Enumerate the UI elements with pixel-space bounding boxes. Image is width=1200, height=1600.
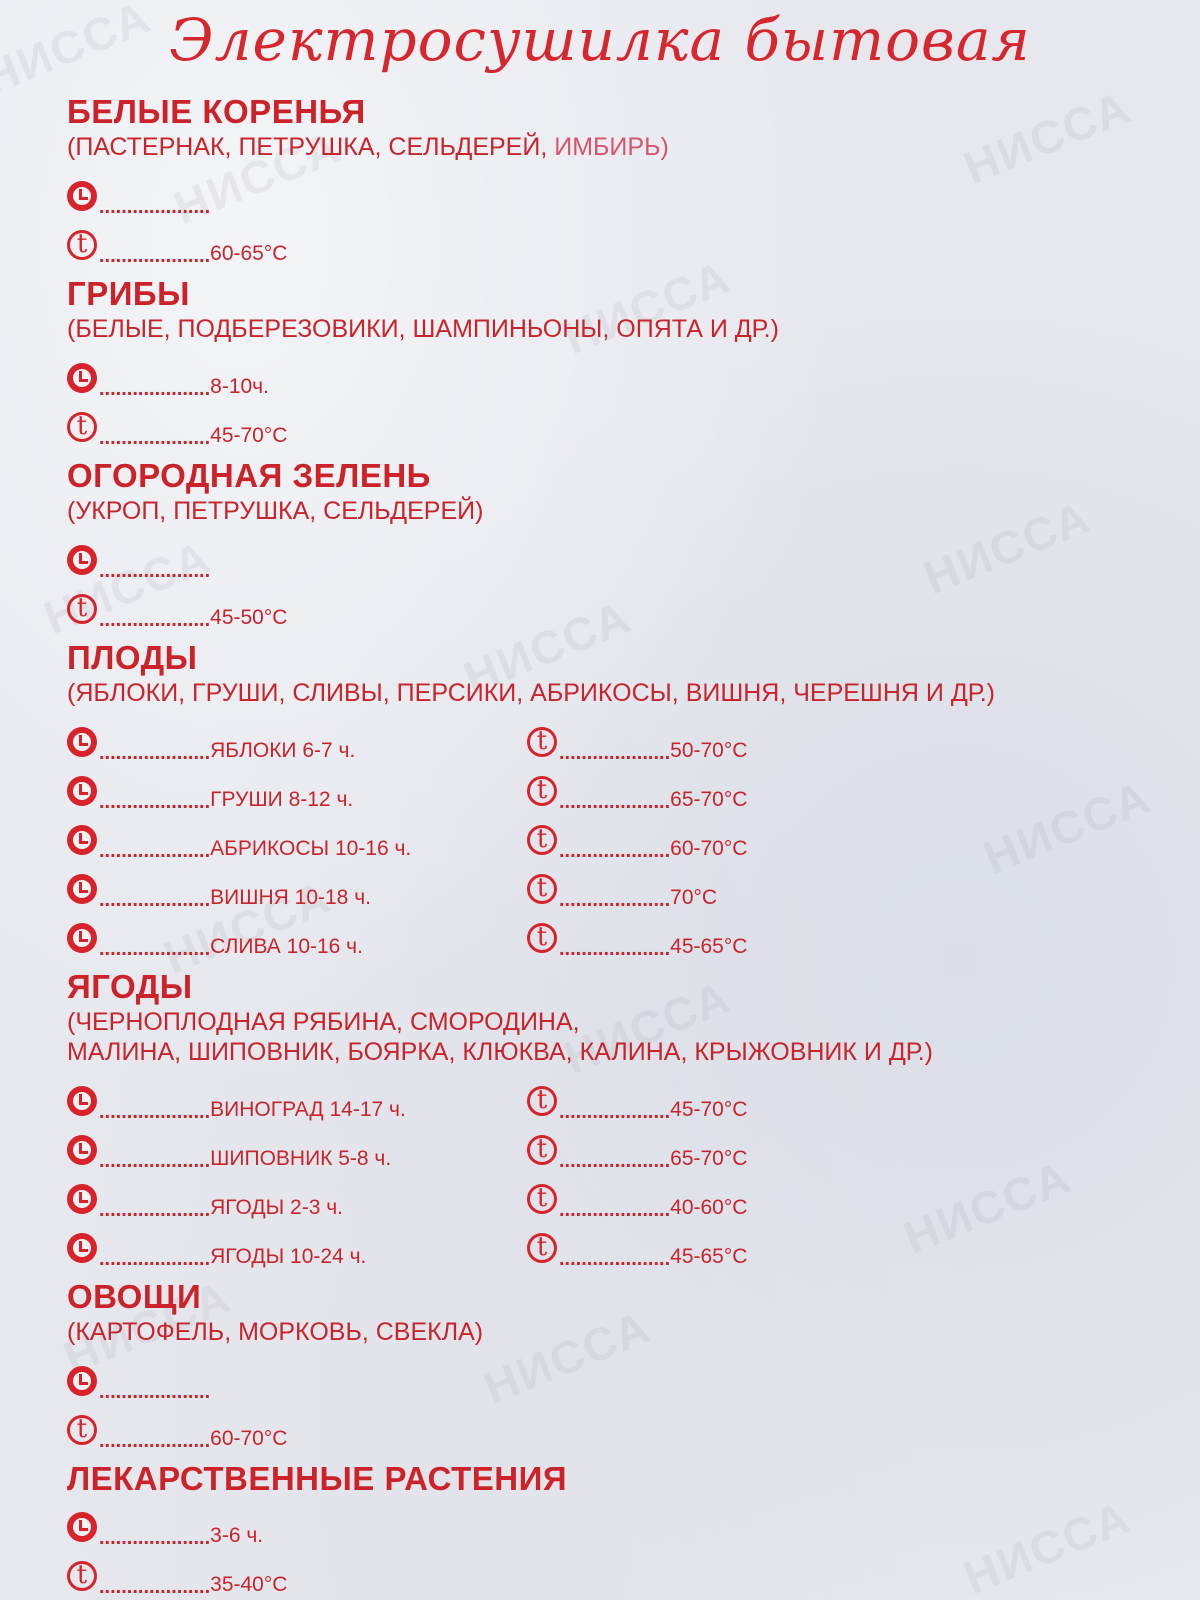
- leader-dots: ....................: [99, 1151, 210, 1171]
- time-entry: ....................: [67, 1366, 210, 1402]
- temperature-entry: t....................40-60°C: [527, 1184, 747, 1220]
- clock-icon: [67, 923, 97, 953]
- thermometer-letter: t: [530, 1183, 554, 1213]
- time-entry: ....................ВИШНЯ 10-18 ч.: [67, 874, 527, 910]
- temperature-entry: t....................65-70°C: [527, 776, 747, 812]
- section-2: ОГОРОДНАЯ ЗЕЛЕНЬ(УКРОП, ПЕТРУШКА, СЕЛЬДЕ…: [67, 456, 1187, 630]
- section-subtitle: (ЯБЛОКИ, ГРУШИ, СЛИВЫ, ПЕРСИКИ, АБРИКОСЫ…: [67, 678, 1187, 708]
- temperature-value: 45-65°C: [670, 1245, 747, 1269]
- thermometer-t-icon: t: [67, 1561, 97, 1591]
- leader-dots: ....................: [99, 939, 210, 959]
- leader-dots: ....................: [99, 428, 210, 448]
- time-entry: ....................8-10ч.: [67, 363, 269, 399]
- temperature-entry: t....................50-70°C: [527, 727, 747, 763]
- subtitle-accent-text: ИМБИРЬ): [554, 133, 669, 161]
- thermometer-t-icon: t: [67, 230, 97, 260]
- leader-dots: ....................: [99, 561, 210, 581]
- leader-dots: ....................: [559, 1249, 670, 1269]
- temperature-value: 60-70°C: [670, 837, 747, 861]
- thermometer-letter: t: [70, 1560, 94, 1590]
- leader-dots: ....................: [559, 1200, 670, 1220]
- section-1: ГРИБЫ(БЕЛЫЕ, ПОДБЕРЕЗОВИКИ, ШАМПИНЬОНЫ, …: [67, 274, 1187, 448]
- time-value: ЯБЛОКИ 6-7 ч.: [210, 739, 355, 763]
- temperature-value: 40-60°C: [670, 1196, 747, 1220]
- leader-dots: ....................: [99, 1102, 210, 1122]
- thermometer-letter: t: [530, 824, 554, 854]
- leader-dots: ....................: [99, 1200, 210, 1220]
- time-entry: ....................ЯГОДЫ 10-24 ч.: [67, 1233, 527, 1269]
- temperature-entry: t....................45-70°C: [67, 412, 287, 448]
- time-value: СЛИВА 10-16 ч.: [210, 935, 363, 959]
- clock-icon: [67, 1184, 97, 1214]
- temperature-entry: t....................45-50°C: [67, 594, 287, 630]
- leader-dots: ....................: [99, 743, 210, 763]
- temperature-value: 45-65°C: [670, 935, 747, 959]
- section-heading: ГРИБЫ: [67, 274, 1187, 314]
- leader-dots: ....................: [99, 890, 210, 910]
- thermometer-t-icon: t: [67, 412, 97, 442]
- leader-dots: ....................: [99, 841, 210, 861]
- leader-dots: ....................: [99, 610, 210, 630]
- leader-dots: ....................: [559, 1151, 670, 1171]
- temperature-value: 50-70°C: [670, 739, 747, 763]
- temperature-row: t....................45-50°C: [67, 581, 1187, 630]
- temperature-value: 60-70°C: [210, 1427, 287, 1451]
- thermometer-t-icon: t: [527, 923, 557, 953]
- time-value: АБРИКОСЫ 10-16 ч.: [210, 837, 411, 861]
- time-row: ....................: [67, 532, 1187, 581]
- thermometer-letter: t: [70, 229, 94, 259]
- time-value: ВИШНЯ 10-18 ч.: [210, 886, 371, 910]
- time-entry: ....................ЯБЛОКИ 6-7 ч.: [67, 727, 527, 763]
- temperature-value: 60-65°C: [210, 242, 287, 266]
- leader-dots: ....................: [99, 197, 210, 217]
- temperature-row: t....................60-65°C: [67, 217, 1187, 266]
- time-entry: ....................ЯГОДЫ 2-3 ч.: [67, 1184, 527, 1220]
- thermometer-letter: t: [70, 1414, 94, 1444]
- thermometer-t-icon: t: [527, 727, 557, 757]
- temperature-entry: t....................60-65°C: [67, 230, 287, 266]
- table-row: ....................СЛИВА 10-16 ч.t.....…: [67, 910, 1187, 959]
- leader-dots: ....................: [99, 1431, 210, 1451]
- time-value: ШИПОВНИК 5-8 ч.: [210, 1147, 391, 1171]
- thermometer-t-icon: t: [527, 1135, 557, 1165]
- time-row: ....................: [67, 1353, 1187, 1402]
- clock-icon: [67, 1512, 97, 1542]
- temperature-row: t....................45-70°C: [67, 399, 1187, 448]
- thermometer-letter: t: [530, 775, 554, 805]
- section-subtitle-line2: МАЛИНА, ШИПОВНИК, БОЯРКА, КЛЮКВА, КАЛИНА…: [67, 1037, 1187, 1067]
- time-row: ....................: [67, 168, 1187, 217]
- leader-dots: ....................: [99, 1577, 210, 1597]
- thermometer-t-icon: t: [67, 1415, 97, 1445]
- leader-dots: ....................: [559, 1102, 670, 1122]
- time-entry: ....................: [67, 181, 210, 217]
- leader-dots: ....................: [559, 743, 670, 763]
- section-3: ПЛОДЫ(ЯБЛОКИ, ГРУШИ, СЛИВЫ, ПЕРСИКИ, АБР…: [67, 638, 1187, 959]
- temperature-entry: t....................35-40°C: [67, 1561, 287, 1597]
- section-6: ЛЕКАРСТВЕННЫЕ РАСТЕНИЯ..................…: [67, 1459, 1187, 1597]
- temperature-entry: t....................60-70°C: [67, 1415, 287, 1451]
- subtitle-text: (КАРТОФЕЛЬ, МОРКОВЬ, СВЕКЛА): [67, 1318, 483, 1346]
- temperature-value: 65-70°C: [670, 788, 747, 812]
- time-entry: ....................ГРУШИ 8-12 ч.: [67, 776, 527, 812]
- time-value: ГРУШИ 8-12 ч.: [210, 788, 353, 812]
- leader-dots: ....................: [559, 939, 670, 959]
- temperature-entry: t....................65-70°C: [527, 1135, 747, 1171]
- thermometer-letter: t: [70, 411, 94, 441]
- thermometer-letter: t: [530, 1232, 554, 1262]
- table-row: ....................ЯБЛОКИ 6-7 ч.t......…: [67, 714, 1187, 763]
- time-entry: ....................ШИПОВНИК 5-8 ч.: [67, 1135, 527, 1171]
- table-row: ....................ВИНОГРАД 14-17 ч.t..…: [67, 1073, 1187, 1122]
- leader-dots: ....................: [99, 1382, 210, 1402]
- time-value: ЯГОДЫ 2-3 ч.: [210, 1196, 343, 1220]
- leader-dots: ....................: [559, 841, 670, 861]
- section-5: ОВОЩИ(КАРТОФЕЛЬ, МОРКОВЬ, СВЕКЛА).......…: [67, 1277, 1187, 1451]
- thermometer-letter: t: [530, 1134, 554, 1164]
- time-value: 8-10ч.: [210, 375, 269, 399]
- clock-icon: [67, 825, 97, 855]
- thermometer-letter: t: [530, 726, 554, 756]
- time-entry: ....................СЛИВА 10-16 ч.: [67, 923, 527, 959]
- clock-icon: [67, 545, 97, 575]
- leader-dots: ....................: [559, 792, 670, 812]
- time-entry: ....................3-6 ч.: [67, 1512, 263, 1548]
- time-entry: ....................ВИНОГРАД 14-17 ч.: [67, 1086, 527, 1122]
- section-0: БЕЛЫЕ КОРЕНЬЯ(ПАСТЕРНАК, ПЕТРУШКА, СЕЛЬД…: [67, 92, 1187, 266]
- section-heading: ЯГОДЫ: [67, 967, 1187, 1007]
- time-entry: ....................: [67, 545, 210, 581]
- thermometer-letter: t: [70, 593, 94, 623]
- leader-dots: ....................: [99, 792, 210, 812]
- time-value: 3-6 ч.: [210, 1524, 263, 1548]
- thermometer-t-icon: t: [527, 1233, 557, 1263]
- subtitle-text: (ПАСТЕРНАК, ПЕТРУШКА, СЕЛЬДЕРЕЙ,: [67, 133, 554, 161]
- section-heading: БЕЛЫЕ КОРЕНЬЯ: [67, 92, 1187, 132]
- thermometer-t-icon: t: [527, 874, 557, 904]
- temperature-row: t....................35-40°C: [67, 1548, 1187, 1597]
- clock-icon: [67, 181, 97, 211]
- thermometer-t-icon: t: [527, 1086, 557, 1116]
- clock-icon: [67, 1135, 97, 1165]
- temperature-row: t....................60-70°C: [67, 1402, 1187, 1451]
- thermometer-t-icon: t: [527, 825, 557, 855]
- time-value: ЯГОДЫ 10-24 ч.: [210, 1245, 366, 1269]
- clock-icon: [67, 1086, 97, 1116]
- thermometer-letter: t: [530, 1085, 554, 1115]
- table-row: ....................ВИШНЯ 10-18 ч.t.....…: [67, 861, 1187, 910]
- thermometer-t-icon: t: [527, 776, 557, 806]
- subtitle-text: (ЯБЛОКИ, ГРУШИ, СЛИВЫ, ПЕРСИКИ, АБРИКОСЫ…: [67, 679, 995, 707]
- time-row: ....................3-6 ч.: [67, 1499, 1187, 1548]
- time-value: ВИНОГРАД 14-17 ч.: [210, 1098, 406, 1122]
- temperature-entry: t....................60-70°C: [527, 825, 747, 861]
- temperature-value: 65-70°C: [670, 1147, 747, 1171]
- clock-icon: [67, 874, 97, 904]
- table-row: ....................ГРУШИ 8-12 ч.t......…: [67, 763, 1187, 812]
- thermometer-t-icon: t: [527, 1184, 557, 1214]
- temperature-entry: t....................70°C: [527, 874, 717, 910]
- subtitle-text: (БЕЛЫЕ, ПОДБЕРЕЗОВИКИ, ШАМПИНЬОНЫ, ОПЯТА…: [67, 315, 779, 343]
- section-heading: ОГОРОДНАЯ ЗЕЛЕНЬ: [67, 456, 1187, 496]
- temperature-entry: t....................45-70°C: [527, 1086, 747, 1122]
- section-subtitle: (БЕЛЫЕ, ПОДБЕРЕЗОВИКИ, ШАМПИНЬОНЫ, ОПЯТА…: [67, 314, 1187, 344]
- clock-icon: [67, 1233, 97, 1263]
- temperature-value: 70°C: [670, 886, 717, 910]
- section-subtitle: (УКРОП, ПЕТРУШКА, СЕЛЬДЕРЕЙ): [67, 496, 1187, 526]
- clock-icon: [67, 363, 97, 393]
- section-heading: ПЛОДЫ: [67, 638, 1187, 678]
- clock-icon: [67, 1366, 97, 1396]
- subtitle-text: (ЧЕРНОПЛОДНАЯ РЯБИНА, СМОРОДИНА,: [67, 1008, 580, 1036]
- thermometer-letter: t: [530, 922, 554, 952]
- table-row: ....................АБРИКОСЫ 10-16 ч.t..…: [67, 812, 1187, 861]
- leader-dots: ....................: [99, 379, 210, 399]
- section-heading: ОВОЩИ: [67, 1277, 1187, 1317]
- time-row: ....................8-10ч.: [67, 350, 1187, 399]
- leader-dots: ....................: [99, 1528, 210, 1548]
- section-subtitle: (КАРТОФЕЛЬ, МОРКОВЬ, СВЕКЛА): [67, 1317, 1187, 1347]
- leader-dots: ....................: [99, 1249, 210, 1269]
- page-title: Электросушилка бытовая: [0, 6, 1200, 74]
- leader-dots: ....................: [99, 246, 210, 266]
- temperature-value: 35-40°C: [210, 1573, 287, 1597]
- section-subtitle: (ПАСТЕРНАК, ПЕТРУШКА, СЕЛЬДЕРЕЙ, ИМБИРЬ): [67, 132, 1187, 162]
- temperature-value: 45-70°C: [210, 424, 287, 448]
- section-heading: ЛЕКАРСТВЕННЫЕ РАСТЕНИЯ: [67, 1459, 1187, 1499]
- drying-guide: БЕЛЫЕ КОРЕНЬЯ(ПАСТЕРНАК, ПЕТРУШКА, СЕЛЬД…: [67, 92, 1187, 1597]
- clock-icon: [67, 727, 97, 757]
- leader-dots: ....................: [559, 890, 670, 910]
- temperature-value: 45-70°C: [670, 1098, 747, 1122]
- clock-icon: [67, 776, 97, 806]
- time-entry: ....................АБРИКОСЫ 10-16 ч.: [67, 825, 527, 861]
- section-4: ЯГОДЫ(ЧЕРНОПЛОДНАЯ РЯБИНА, СМОРОДИНА,МАЛ…: [67, 967, 1187, 1269]
- thermometer-t-icon: t: [67, 594, 97, 624]
- table-row: ....................ШИПОВНИК 5-8 ч.t....…: [67, 1122, 1187, 1171]
- table-row: ....................ЯГОДЫ 10-24 ч.t.....…: [67, 1220, 1187, 1269]
- subtitle-text: (УКРОП, ПЕТРУШКА, СЕЛЬДЕРЕЙ): [67, 497, 483, 525]
- section-subtitle: (ЧЕРНОПЛОДНАЯ РЯБИНА, СМОРОДИНА,: [67, 1007, 1187, 1037]
- temperature-value: 45-50°C: [210, 606, 287, 630]
- table-row: ....................ЯГОДЫ 2-3 ч.t.......…: [67, 1171, 1187, 1220]
- temperature-entry: t....................45-65°C: [527, 1233, 747, 1269]
- thermometer-letter: t: [530, 873, 554, 903]
- temperature-entry: t....................45-65°C: [527, 923, 747, 959]
